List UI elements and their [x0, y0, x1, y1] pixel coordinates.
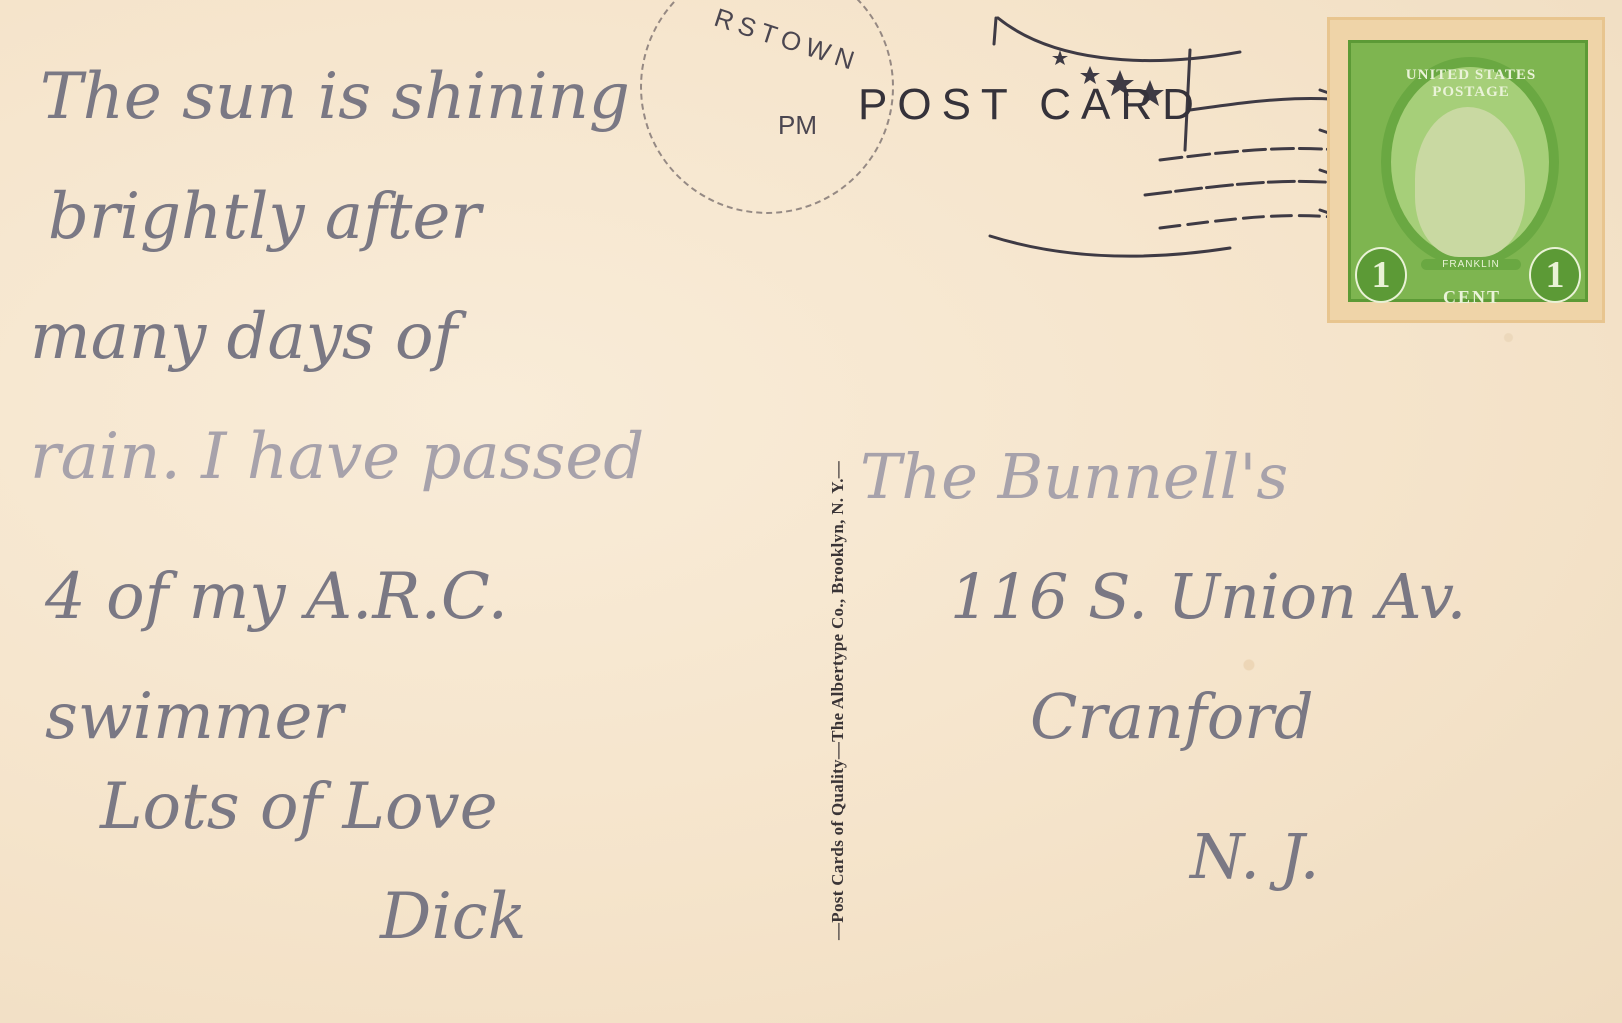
stamp-denomination-word: CENT — [1417, 287, 1527, 308]
postcard-back: RSTOWN PM POST CARD U — [0, 0, 1622, 1023]
stamp-portrait-name: FRANKLIN — [1421, 259, 1521, 270]
message-line: brightly after — [48, 180, 481, 254]
address-state: N. J. — [1190, 820, 1319, 893]
post-card-title: POST CARD — [858, 80, 1204, 130]
stamp-country: UNITED STATES POSTAGE — [1391, 67, 1551, 101]
postage-stamp: UNITED STATES POSTAGE FRANKLIN 1 1 CENT — [1330, 20, 1602, 320]
message-line: 4 of my A.R.C. — [45, 560, 508, 634]
message-line: Lots of Love — [100, 770, 498, 844]
franklin-portrait-icon — [1415, 107, 1525, 257]
publisher-imprint: —Post Cards of Quality—The Albertype Co.… — [828, 461, 848, 940]
address-city: Cranford — [1030, 680, 1314, 753]
address-recipient: The Bunnell's — [860, 440, 1288, 513]
stamp-frame: UNITED STATES POSTAGE FRANKLIN 1 1 CENT — [1348, 40, 1588, 302]
stamp-denomination-left: 1 — [1355, 247, 1407, 303]
stamp-denomination-right: 1 — [1529, 247, 1581, 303]
message-line: swimmer — [45, 680, 343, 754]
message-signature: Dick — [380, 880, 526, 954]
message-line: The sun is shining — [40, 60, 630, 134]
message-line: many days of — [30, 300, 457, 374]
address-street: 116 S. Union Av. — [950, 560, 1466, 633]
message-line: rain. I have passed — [30, 420, 644, 494]
